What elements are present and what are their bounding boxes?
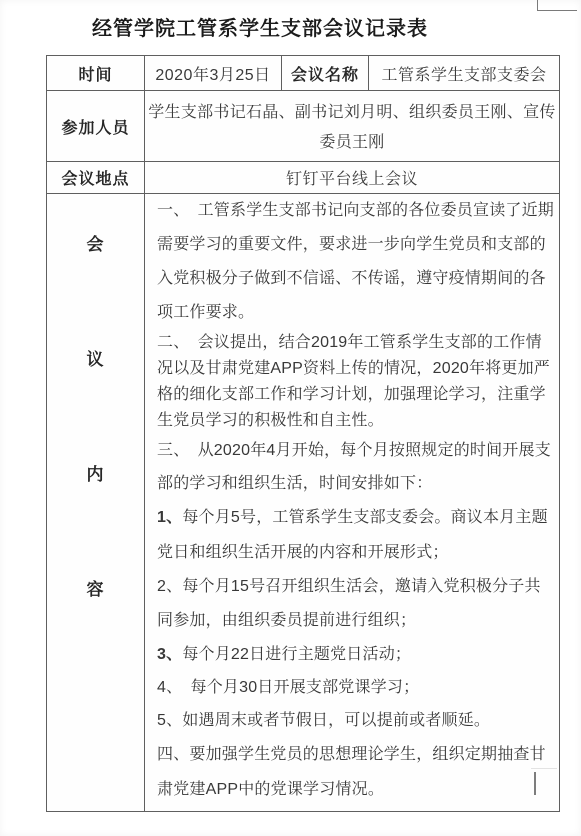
- content-paragraph: 一、 工管系学生支部书记向支部的各位委员宣读了近期需要学习的重要文件，要求进一步…: [157, 194, 554, 330]
- content-label-char: 议: [87, 345, 105, 370]
- cropped-box-corner: [537, 0, 577, 11]
- participants-value: 学生支部书记石晶、副书记刘月明、组织委员王刚、宣传 委员王刚: [145, 91, 559, 161]
- location-value: 钉钉平台线上会议: [145, 162, 559, 193]
- paragraph-text: 工管系学生支部书记向支部的各位委员宣读了近期需要学习的重要文件，要求进一步向学生…: [157, 202, 554, 321]
- content-label-char: 内: [87, 460, 105, 485]
- content-paragraph: 三、 从2020年4月开始，每个月按照规定的时间开展支部的学习和组织生活，时间安…: [157, 434, 554, 500]
- table-row-participants: 参加人员 学生支部书记石晶、副书记刘月明、组织委员王刚、宣传 委员王刚: [47, 91, 559, 162]
- content-label-char: 会: [87, 230, 105, 255]
- paragraph-text: 每个月22日进行主题党日活动；: [182, 646, 411, 663]
- paragraph-number: 二、: [157, 334, 181, 351]
- content-paragraph: 2、每个月15号召开组织生活会，邀请入党积极分子共同参加，由组织委员提前进行组织…: [157, 570, 554, 638]
- content-paragraph: 四、要加强学生党员的思想理论学生，组织定期抽查甘肃党建APP中的党课学习情况。: [157, 737, 554, 807]
- time-value: 2020年3月25日: [145, 56, 282, 90]
- participants-line: 学生支部书记石晶、副书记刘月明、组织委员王刚、宣传: [148, 98, 556, 128]
- page-title: 经管学院工管系学生支部会议记录表: [0, 12, 520, 41]
- paragraph-number: 4、: [157, 679, 174, 696]
- location-label: 会议地点: [47, 162, 145, 193]
- table-row-content: 会议内容 一、 工管系学生支部书记向支部的各位委员宣读了近期需要学习的重要文件，…: [47, 194, 559, 811]
- paragraph-text: 从2020年4月开始，每个月按照规定的时间开展支部的学习和组织生活，时间安排如下…: [157, 442, 551, 492]
- participants-label: 参加人员: [47, 91, 145, 161]
- time-label: 时间: [47, 56, 145, 90]
- content-paragraph: 5、如遇周末或者节假日，可以提前或者顺延。: [157, 704, 554, 737]
- content-label-char: 容: [87, 575, 105, 600]
- text-cursor: [534, 772, 536, 795]
- paragraph-number: 三、: [157, 442, 181, 459]
- table-row-time: 时间 2020年3月25日 会议名称 工管系学生支部支委会: [47, 56, 559, 91]
- cell-mark-line: [531, 768, 557, 769]
- document-page: 经管学院工管系学生支部会议记录表 时间 2020年3月25日 会议名称 工管系学…: [0, 0, 581, 836]
- participants-line: 委员王刚: [319, 128, 384, 158]
- meeting-record-table: 时间 2020年3月25日 会议名称 工管系学生支部支委会 参加人员 学生支部书…: [46, 55, 560, 812]
- paragraph-number: 5、: [157, 712, 182, 729]
- content-vertical-label: 会议内容: [47, 194, 145, 811]
- meeting-name-value: 工管系学生支部支委会: [369, 56, 559, 90]
- paragraph-number: 2、: [157, 578, 182, 595]
- content-paragraph: 3、每个月22日进行主题党日活动；: [157, 638, 554, 671]
- paragraph-text: 每个月30日开展支部党课学习；: [174, 679, 419, 696]
- content-paragraph: 4、 每个月30日开展支部党课学习；: [157, 671, 554, 704]
- paragraph-text: 要加强学生党员的思想理论学生，组织定期抽查甘肃党建APP中的党课学习情况。: [157, 746, 546, 798]
- content-paragraph: 1、每个月5号，工管系学生支部支委会。商议本月主题党日和组织生活开展的内容和开展…: [157, 500, 554, 570]
- paragraph-number: 3、: [157, 646, 182, 663]
- content-paragraph: 二、 会议提出，结合2019年工管系学生支部的工作情况以及甘肃党建APP资料上传…: [157, 330, 554, 434]
- paragraph-text: 会议提出，结合2019年工管系学生支部的工作情况以及甘肃党建APP资料上传的情况…: [157, 334, 550, 429]
- meeting-name-label: 会议名称: [282, 56, 369, 90]
- paragraph-number: 1、: [157, 509, 182, 526]
- content-text-area[interactable]: 一、 工管系学生支部书记向支部的各位委员宣读了近期需要学习的重要文件，要求进一步…: [145, 194, 559, 811]
- paragraph-text: 每个月15号召开组织生活会，邀请入党积极分子共同参加，由组织委员提前进行组织；: [157, 578, 541, 629]
- paragraph-number: 四、: [157, 746, 189, 763]
- paragraph-text: 每个月5号，工管系学生支部支委会。商议本月主题党日和组织生活开展的内容和开展形式…: [157, 509, 548, 561]
- paragraph-number: 一、: [157, 202, 181, 219]
- table-row-location: 会议地点 钉钉平台线上会议: [47, 162, 559, 194]
- paragraph-text: 如遇周末或者节假日，可以提前或者顺延。: [182, 712, 490, 729]
